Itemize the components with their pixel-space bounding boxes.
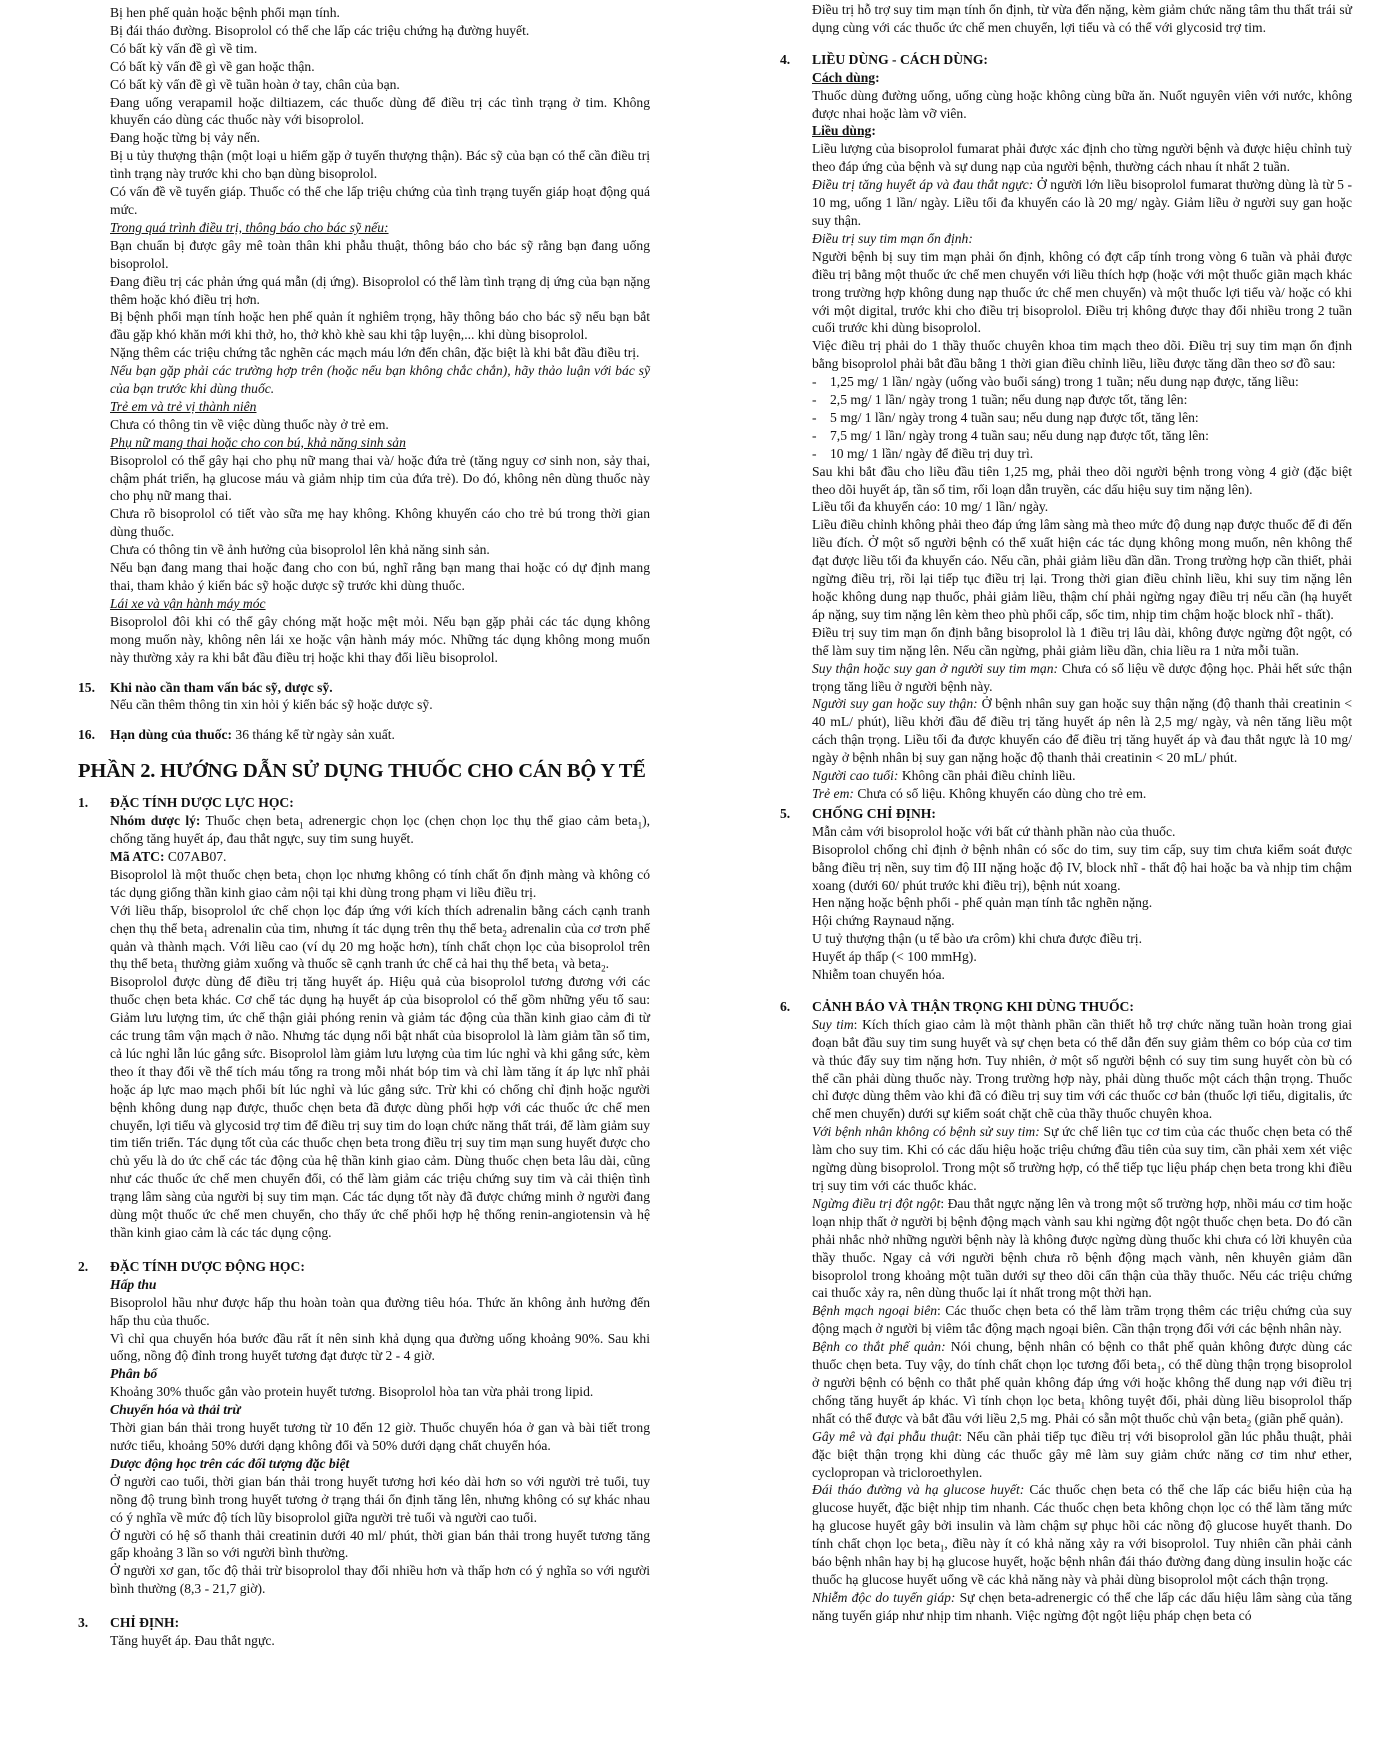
dose-text: Sau khi bắt đầu cho liều đầu tiên 1,25 m…: [812, 463, 1352, 499]
warning-abrupt-stop: Ngừng điều trị đột ngột: Đau thắt ngực n…: [812, 1195, 1352, 1302]
contraindications-heading: 5. CHỐNG CHỈ ĐỊNH:: [812, 805, 1352, 823]
subheading-special-populations: Dược động học trên các đối tượng đặc biệ…: [110, 1455, 650, 1473]
warning-item: Bị u tủy thượng thận (một loại u hiếm gặ…: [110, 147, 650, 183]
warning-item: Có vấn đề về tuyến giáp. Thuốc có thể ch…: [110, 183, 650, 219]
warning-item: Có bất kỳ vấn đề gì về tuần hoàn ở tay, …: [110, 76, 650, 94]
pk-text: Ở người xơ gan, tốc độ thải trừ bisoprol…: [110, 1562, 650, 1598]
subheading-during-treatment: Trong quá trình điều trị, thông báo cho …: [110, 219, 650, 237]
pd-paragraph: Với liều thấp, bisoprolol ức chế chọn lọ…: [110, 902, 650, 974]
dose-text: Điều trị suy tim mạn ổn định bằng bisopr…: [812, 624, 1352, 660]
warning-item: Bị hen phế quản hoặc bệnh phổi mạn tính.: [110, 4, 650, 22]
driving-text: Bisoprolol đôi khi có thể gây chóng mặt …: [110, 613, 650, 667]
contraindication-item: Hen nặng hoặc bệnh phổi - phế quản mạn t…: [812, 894, 1352, 912]
section-15-heading: 15. Khi nào cần tham vấn bác sỹ, dược sỹ…: [110, 679, 650, 697]
subheading-distribution: Phân bố: [110, 1365, 650, 1383]
indications-text: Tăng huyết áp. Đau thắt ngực.: [110, 1632, 650, 1650]
part-2-title: PHẦN 2. HƯỚNG DẪN SỬ DỤNG THUỐC CHO CÁN …: [78, 758, 650, 784]
titration-step: -5 mg/ 1 lần/ ngày trong 4 tuần sau; nếu…: [812, 409, 1352, 427]
warning-heart-failure: Suy tim: Kích thích giao cảm là một thàn…: [812, 1016, 1352, 1123]
pk-text: Vì chỉ qua chuyển hóa bước đầu rất ít nê…: [110, 1330, 650, 1366]
children-dose: Trẻ em: Chưa có số liệu. Không khuyến cá…: [812, 785, 1352, 803]
contraindication-item: Huyết áp thấp (< 100 mmHg).: [812, 948, 1352, 966]
warning-item: Có bất kỳ vấn đề gì về gan hoặc thận.: [110, 58, 650, 76]
pregnancy-item: Bisoprolol có thể gây hại cho phụ nữ man…: [110, 452, 650, 506]
warning-diabetes: Đái tháo đường và hạ glucose huyết: Các …: [812, 1481, 1352, 1588]
subheading-children: Trẻ em và trẻ vị thành niên: [110, 398, 650, 416]
warning-bronchospasm: Bệnh co thắt phế quản: Nói chung, bệnh n…: [812, 1338, 1352, 1428]
contraindication-item: Nhiễm toan chuyển hóa.: [812, 966, 1352, 984]
pharmacokinetics-heading: 2. ĐẶC TÍNH DƯỢC ĐỘNG HỌC:: [110, 1258, 650, 1276]
discuss-note: Nếu bạn gặp phải các trường hợp trên (ho…: [110, 362, 650, 398]
heart-failure-text: Người bệnh bị suy tim mạn phải ổn định, …: [812, 248, 1352, 338]
warning-peripheral-vascular: Bệnh mạch ngoại biên: Các thuốc chẹn bet…: [812, 1302, 1352, 1338]
section-16-heading: 16. Hạn dùng của thuốc: 36 tháng kể từ n…: [110, 726, 650, 744]
contraindication-item: Hội chứng Raynaud nặng.: [812, 912, 1352, 930]
section-title: Khi nào cần tham vấn bác sỹ, dược sỹ.: [110, 680, 333, 695]
pregnancy-item: Nếu bạn đang mang thai hoặc đang cho con…: [110, 559, 650, 595]
subheading-administration: Cách dùng:: [812, 69, 1352, 87]
subheading-driving: Lái xe và vận hành máy móc: [110, 595, 650, 613]
pk-text: Ở người có hệ số thanh thải creatinin dư…: [110, 1527, 650, 1563]
pharmacodynamics-heading: 1. ĐẶC TÍNH DƯỢC LỰC HỌC:: [110, 794, 650, 812]
section-15-text: Nếu cần thêm thông tin xin hỏi ý kiến bá…: [110, 696, 650, 714]
section-number: 4.: [780, 51, 790, 69]
titration-step: -2,5 mg/ 1 lần/ ngày trong 1 tuần; nếu d…: [812, 391, 1352, 409]
contraindication-item: Mẫn cảm với bisoprolol hoặc với bất cứ t…: [812, 823, 1352, 841]
warning-thyrotoxicosis: Nhiễm độc do tuyến giáp: Sự chẹn beta-ad…: [812, 1589, 1352, 1625]
subheading-absorption: Hấp thu: [110, 1276, 650, 1294]
warning-item: Có bất kỳ vấn đề gì về tim.: [110, 40, 650, 58]
section-title: LIỀU DÙNG - CÁCH DÙNG:: [812, 52, 988, 67]
warning-item: Đang uống verapamil hoặc diltiazem, các …: [110, 94, 650, 130]
section-16-text: 36 tháng kể từ ngày sản xuất.: [232, 727, 395, 742]
elderly-dose: Người cao tuổi: Không cần phải điều chỉn…: [812, 767, 1352, 785]
pk-text: Khoảng 30% thuốc gắn vào protein huyết t…: [110, 1383, 650, 1401]
children-text: Chưa có thông tin về việc dùng thuốc này…: [110, 416, 650, 434]
warning-item: Đang hoặc từng bị vảy nến.: [110, 129, 650, 147]
pharmacologic-group: Nhóm dược lý: Thuốc chẹn beta1 adrenergi…: [110, 812, 650, 848]
warnings-heading: 6. CẢNH BÁO VÀ THẬN TRỌNG KHI DÙNG THUỐC…: [812, 998, 1352, 1016]
notice-item: Nặng thêm các triệu chứng tắc nghẽn các …: [110, 344, 650, 362]
section-number: 2.: [78, 1258, 88, 1276]
notice-item: Đang điều trị các phản ứng quá mẫn (dị ứ…: [110, 273, 650, 309]
renal-hf-dose: Suy thận hoặc suy gan ở người suy tim mạ…: [812, 660, 1352, 696]
titration-step: -10 mg/ 1 lần/ ngày để điều trị duy trì.: [812, 445, 1352, 463]
subheading-pregnancy: Phụ nữ mang thai hoặc cho con bú, khả nă…: [110, 434, 650, 452]
section-number: 15.: [78, 679, 95, 697]
renal-hepatic-dose: Người suy gan hoặc suy thận: Ở bệnh nhân…: [812, 695, 1352, 767]
section-title: CHỈ ĐỊNH:: [110, 1615, 179, 1630]
contraindication-item: Bisoprolol chống chỉ định ở bệnh nhân có…: [812, 841, 1352, 895]
dosage-heading: 4. LIỀU DÙNG - CÁCH DÙNG:: [812, 51, 1352, 69]
indications-heading: 3. CHỈ ĐỊNH:: [110, 1614, 650, 1632]
pregnancy-item: Chưa có thông tin về ảnh hưởng của bisop…: [110, 541, 650, 559]
section-number: 5.: [780, 805, 790, 823]
right-column: Điều trị hỗ trợ suy tim mạn tính ổn định…: [812, 1, 1352, 1625]
warning-anesthesia: Gây mê và đại phẫu thuật: Nếu cần phải t…: [812, 1428, 1352, 1482]
left-column: Bị hen phế quản hoặc bệnh phổi mạn tính.…: [110, 4, 650, 1650]
administration-text: Thuốc dùng đường uống, uống cùng hoặc kh…: [812, 87, 1352, 123]
pd-paragraph: Bisoprolol được dùng để điều trị tăng hu…: [110, 973, 650, 1242]
section-number: 16.: [78, 726, 95, 744]
section-number: 1.: [78, 794, 88, 812]
warning-no-hf-history: Với bệnh nhân không có bệnh sử suy tim: …: [812, 1123, 1352, 1195]
hypertension-dose: Điều trị tăng huyết áp và đau thắt ngực:…: [812, 176, 1352, 230]
subheading-metabolism: Chuyển hóa và thải trừ: [110, 1401, 650, 1419]
titration-step: -1,25 mg/ 1 lần/ ngày (uống vào buổi sán…: [812, 373, 1352, 391]
section-title: CHỐNG CHỈ ĐỊNH:: [812, 806, 936, 821]
notice-item: Bạn chuẩn bị được gây mê toàn thân khi p…: [110, 237, 650, 273]
dose-text: Liều tối đa khuyến cáo: 10 mg/ 1 lần/ ng…: [812, 498, 1352, 516]
section-number: 6.: [780, 998, 790, 1016]
section-number: 3.: [78, 1614, 88, 1632]
subheading-heart-failure: Điều trị suy tim mạn ổn định:: [812, 230, 1352, 248]
subheading-dose: Liều dùng:: [812, 122, 1352, 140]
section-title: Hạn dùng của thuốc:: [110, 727, 232, 742]
heart-failure-text: Việc điều trị phải do 1 thầy thuốc chuyê…: [812, 337, 1352, 373]
contraindication-item: U tuỷ thượng thận (u tế bào ưa crôm) khi…: [812, 930, 1352, 948]
dose-text: Liều điều chỉnh không phải theo đáp ứng …: [812, 516, 1352, 623]
pk-text: Bisoprolol hầu như được hấp thu hoàn toà…: [110, 1294, 650, 1330]
section-title: ĐẶC TÍNH DƯỢC LỰC HỌC:: [110, 795, 294, 810]
section-title: CẢNH BÁO VÀ THẬN TRỌNG KHI DÙNG THUỐC:: [812, 999, 1134, 1014]
warning-item: Bị đái tháo đường. Bisoprolol có thể che…: [110, 22, 650, 40]
pk-text: Thời gian bán thải trong huyết tương từ …: [110, 1419, 650, 1455]
section-title: ĐẶC TÍNH DƯỢC ĐỘNG HỌC:: [110, 1259, 305, 1274]
titration-step: -7,5 mg/ 1 lần/ ngày trong 4 tuần sau; n…: [812, 427, 1352, 445]
pregnancy-item: Chưa rõ bisoprolol có tiết vào sữa mẹ ha…: [110, 505, 650, 541]
pd-paragraph: Bisoprolol là một thuốc chẹn beta1 chọn …: [110, 866, 650, 902]
notice-item: Bị bệnh phổi mạn tính hoặc hen phế quản …: [110, 308, 650, 344]
indications-continued: Điều trị hỗ trợ suy tim mạn tính ổn định…: [812, 1, 1352, 37]
pk-text: Ở người cao tuổi, thời gian bán thải tro…: [110, 1473, 650, 1527]
dose-text: Liều lượng của bisoprolol fumarat phải đ…: [812, 140, 1352, 176]
atc-code: Mã ATC: C07AB07.: [110, 848, 650, 866]
